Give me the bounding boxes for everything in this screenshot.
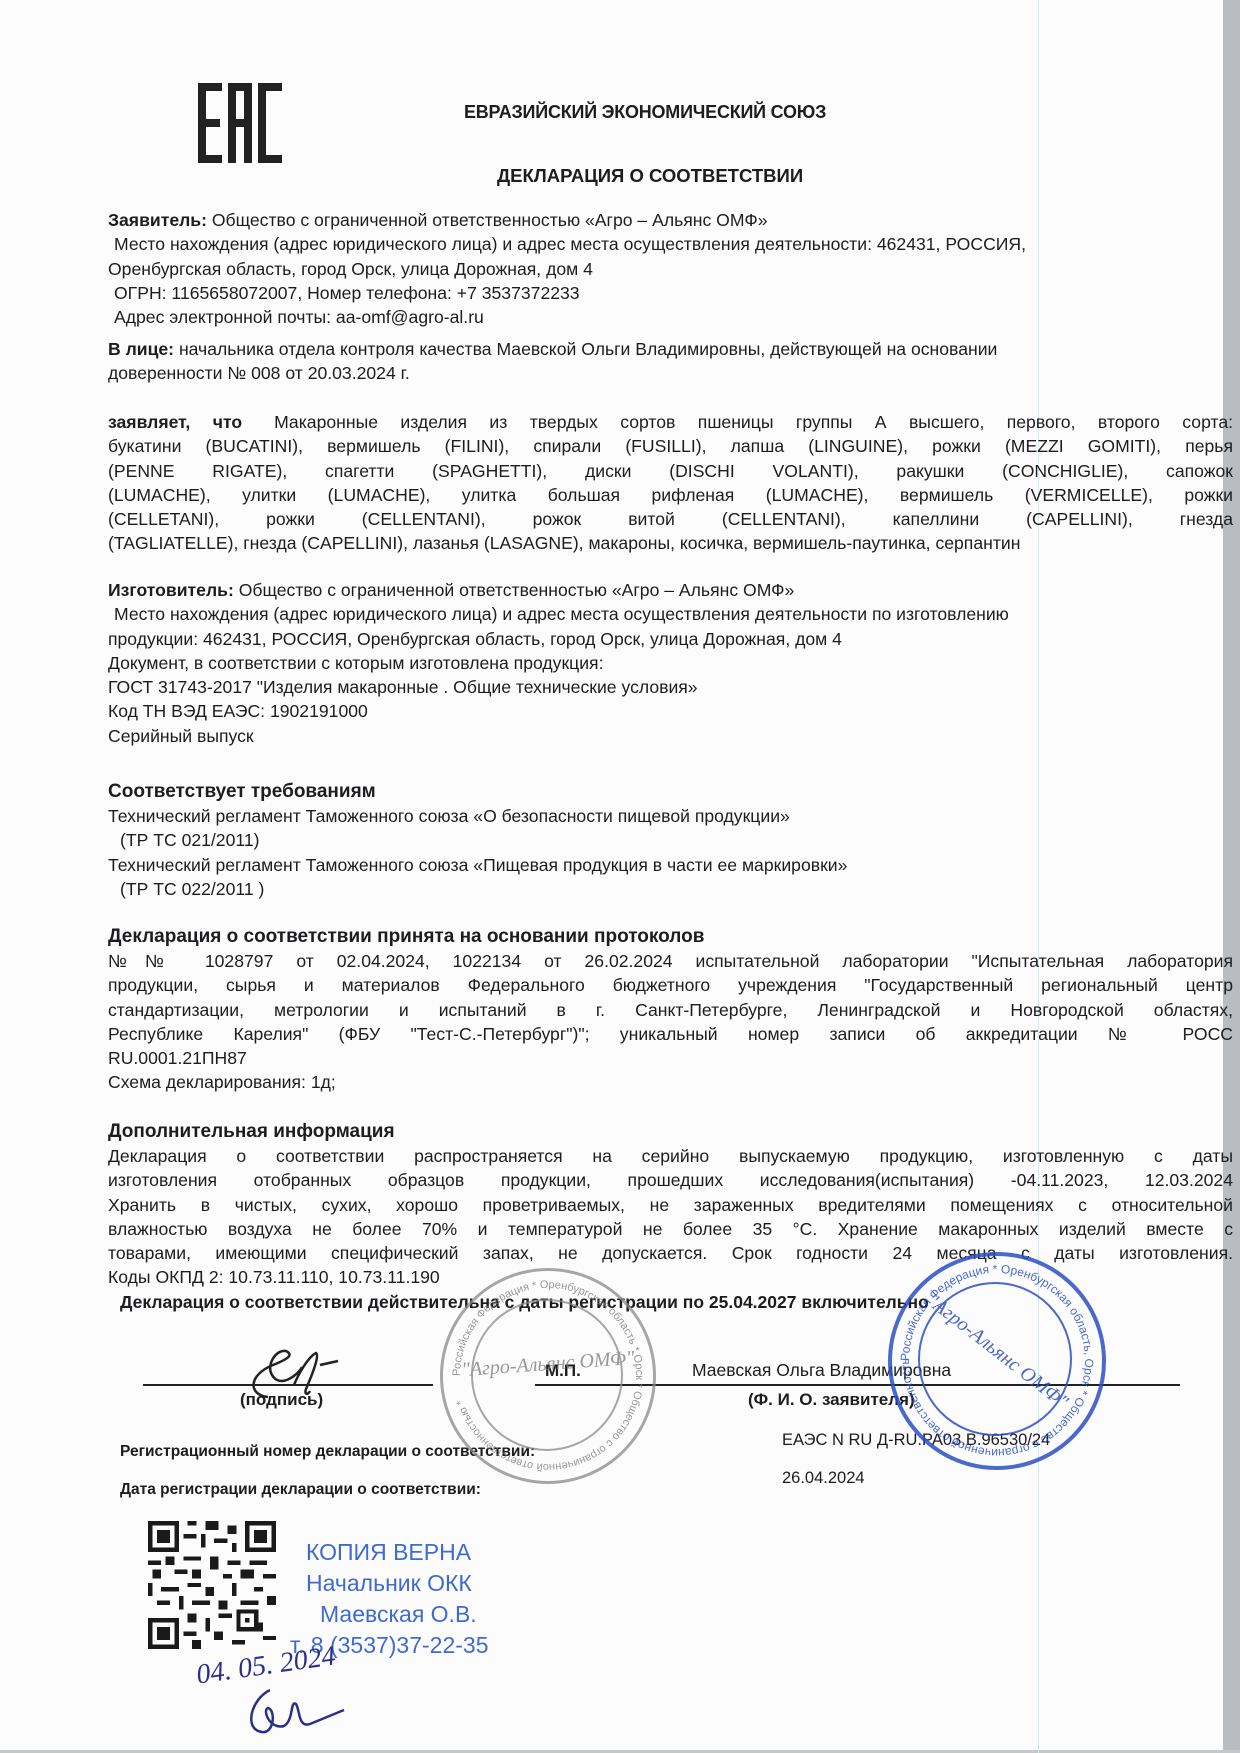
manufacturer-address-1: Место нахождения (адрес юридического лиц… — [108, 602, 1228, 626]
registration-date-value: 26.04.2024 — [782, 1469, 865, 1488]
requirement-item-3: (ТР ТС 022/2011 ) — [108, 877, 1228, 901]
manufacturer-section: Изготовитель: Общество с ограниченной от… — [108, 578, 1228, 748]
declares-label: заявляет, что — [108, 412, 242, 432]
signer-caption: (Ф. И. О. заявителя) — [748, 1390, 915, 1410]
requirement-item-2: Технический регламент Таможенного союза … — [108, 853, 1228, 877]
basis-line-1: продукции, сырья и материалов Федерально… — [108, 973, 1233, 997]
applicant-address-1: Место нахождения (адрес юридического лиц… — [108, 232, 1228, 256]
copy-line-1: КОПИЯ ВЕРНА — [306, 1537, 489, 1568]
additional-line-3: влажностью воздуха не более 70% и темпер… — [108, 1217, 1233, 1241]
applicant-email: Адрес электронной почты: aa-omf@agro-al.… — [108, 305, 1228, 329]
applicant-ogrn-phone: ОГРН: 1165658072007, Номер телефона: +7 … — [108, 281, 1228, 305]
manufacturer-label: Изготовитель: — [108, 580, 234, 600]
representative-text-1: начальника отдела контроля качества Маев… — [179, 339, 997, 359]
additional-line-1: изготовления отобранных образцов продукц… — [108, 1168, 1233, 1192]
requirements-heading: Соответствует требованиям — [108, 780, 1228, 804]
eac-logo-icon — [198, 83, 282, 163]
basis-line-4: RU.0001.21ПН87 — [108, 1046, 1233, 1070]
product-line-5: (TAGLIATELLE), гнезда (CAPELLINI), лазан… — [108, 531, 1233, 555]
applicant-label: Заявитель: — [108, 210, 207, 230]
manufacturer-address-2: продукции: 462431, РОССИЯ, Оренбургская … — [108, 627, 1228, 651]
manufacturer-standard: ГОСТ 31743-2017 "Изделия макаронные . Об… — [108, 675, 1228, 699]
product-line-3: (LUMACHE), улитки (LUMACHE), улитка боль… — [108, 483, 1233, 507]
manufacturer-document-label: Документ, в соответствии с которым изгот… — [108, 651, 1228, 675]
representative-text-2: доверенности № 008 от 20.03.2024 г. — [108, 361, 1228, 385]
basis-heading: Декларация о соответствии принята на осн… — [108, 925, 1233, 949]
basis-scheme: Схема декларирования: 1д; — [108, 1070, 1233, 1094]
copy-line-2: Начальник ОКК — [306, 1568, 489, 1599]
signature-line — [143, 1384, 433, 1386]
applicant-address-2: Оренбургская область, город Орск, улица … — [108, 257, 1228, 281]
document-title: ДЕКЛАРАЦИЯ О СООТВЕТСТВИИ — [497, 165, 803, 187]
signature-caption: (подпись) — [240, 1390, 323, 1410]
declares-section: заявляет, чтоМакаронные изделия из тверд… — [108, 410, 1233, 556]
applicant-section: Заявитель: Общество с ограниченной ответ… — [108, 208, 1228, 329]
product-line-0: Макаронные изделия из твердых сортов пше… — [274, 412, 1233, 432]
additional-heading: Дополнительная информация — [108, 1120, 1233, 1144]
representative-label: В лице: — [108, 339, 174, 359]
manufacturer-name: Общество с ограниченной ответственностью… — [239, 580, 795, 600]
requirement-item-0: Технический регламент Таможенного союза … — [108, 804, 1228, 828]
basis-section: Декларация о соответствии принята на осн… — [108, 925, 1233, 1095]
representative-section: В лице: начальника отдела контроля качес… — [108, 337, 1228, 386]
product-line-2: (PENNE RIGATE), спагетти (SPAGHETTI), ди… — [108, 459, 1233, 483]
union-title: ЕВРАЗИЙСКИЙ ЭКОНОМИЧЕСКИЙ СОЮЗ — [464, 101, 826, 123]
additional-line-2: Хранить в чистых, сухих, хорошо проветри… — [108, 1193, 1233, 1217]
copy-signature-icon — [240, 1680, 350, 1740]
manufacturer-production-type: Серийный выпуск — [108, 724, 1228, 748]
applicant-name: Общество с ограниченной ответственностью… — [212, 210, 768, 230]
company-seal-grey: Российская Федерация * Оренбургская обла… — [440, 1268, 656, 1484]
additional-line-0: Декларация о соответствии распространяет… — [108, 1144, 1233, 1168]
product-line-1: букатини (BUCATINI), вермишель (FILINI),… — [108, 434, 1233, 458]
qr-code-icon — [148, 1520, 276, 1650]
company-seal-blue: Российская Федерация * Оренбургская обла… — [888, 1252, 1106, 1470]
product-line-4: (CELLETANI), рожки (CELLENTANI), рожок в… — [108, 507, 1233, 531]
manufacturer-tn-ved: Код ТН ВЭД ЕАЭС: 1902191000 — [108, 699, 1228, 723]
basis-line-3: Республике Карелия" (ФБУ "Тест-С.-Петерб… — [108, 1022, 1233, 1046]
basis-line-0: №№ 1028797 от 02.04.2024, 1022134 от 26.… — [108, 949, 1233, 973]
requirement-item-1: (ТР ТС 021/2011) — [108, 828, 1228, 852]
registration-date-label: Дата регистрации декларации о соответств… — [120, 1481, 481, 1499]
basis-line-2: стандартизации, метрологии и испытаний в… — [108, 998, 1233, 1022]
copy-line-3: Маевская О.В. — [306, 1599, 489, 1630]
requirements-section: Соответствует требованиям Технический ре… — [108, 780, 1228, 901]
